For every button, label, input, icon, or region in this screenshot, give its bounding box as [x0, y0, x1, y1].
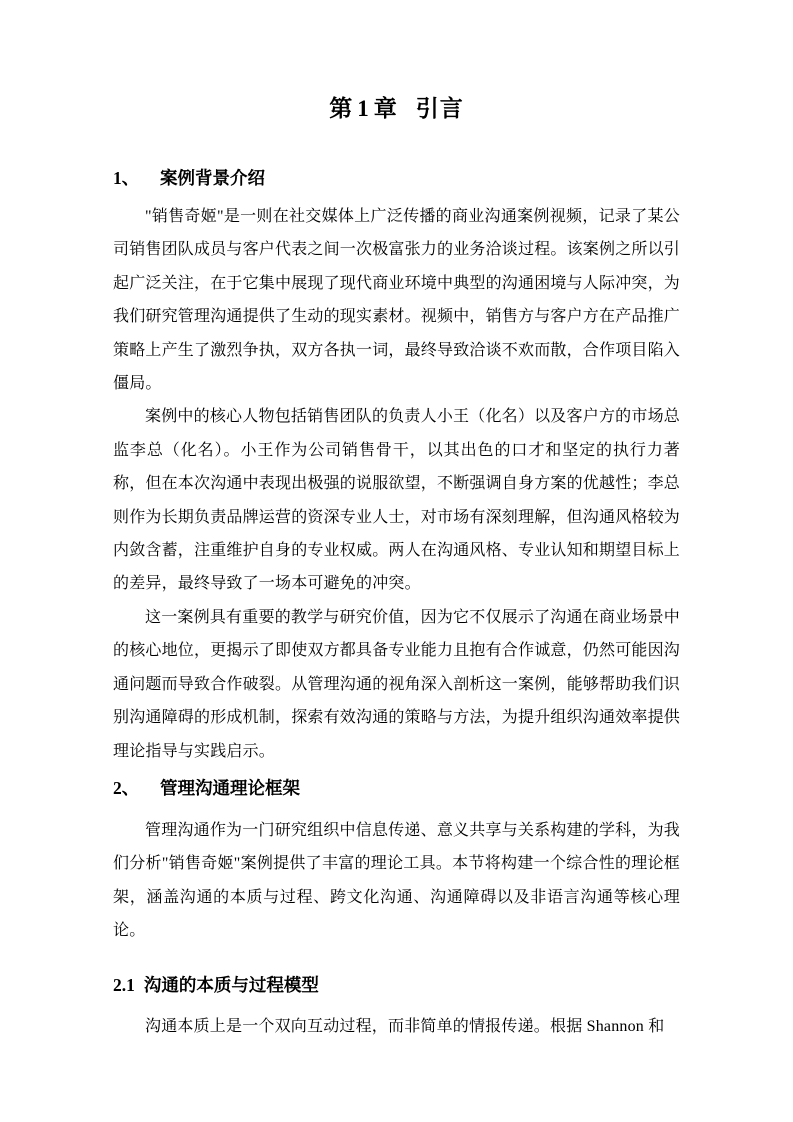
section-2-title: 管理沟通理论框架 — [160, 778, 300, 798]
paragraph: 沟通本质上是一个双向互动过程，而非简单的情报传递。根据 Shannon 和 — [113, 1010, 680, 1043]
chapter-label-suffix: 章 — [374, 95, 398, 121]
paragraph: 管理沟通作为一门研究组织中信息传递、意义共享与关系构建的学科，为我们分析"销售奇… — [113, 814, 680, 948]
section-heading-1: 1、案例背景介绍 — [113, 165, 680, 191]
section-1-number: 1、 — [113, 165, 147, 191]
section-1-title: 案例背景介绍 — [160, 168, 265, 188]
section-2-1-number: 2.1 — [113, 972, 135, 998]
section-heading-2: 2、管理沟通理论框架 — [113, 775, 680, 801]
chapter-name: 引言 — [416, 95, 464, 121]
section-heading-2-1: 2.1沟通的本质与过程模型 — [113, 972, 680, 998]
section-2-1-title: 沟通的本质与过程模型 — [144, 975, 319, 995]
chapter-label-prefix: 第 — [329, 95, 353, 121]
paragraph: 案例中的核心人物包括销售团队的负责人小王（化名）以及客户方的市场总监李总（化名）… — [113, 400, 680, 600]
paragraph: 这一案例具有重要的教学与研究价值，因为它不仅展示了沟通在商业场景中的核心地位，更… — [113, 601, 680, 768]
section-2-number: 2、 — [113, 775, 147, 801]
chapter-number: 1 — [353, 96, 374, 121]
chapter-title: 第1章引言 — [113, 90, 680, 127]
paragraph: "销售奇姬"是一则在社交媒体上广泛传播的商业沟通案例视频，记录了某公司销售团队成… — [113, 200, 680, 400]
document-page: 第1章引言 1、案例背景介绍 "销售奇姬"是一则在社交媒体上广泛传播的商业沟通案… — [0, 0, 793, 1122]
